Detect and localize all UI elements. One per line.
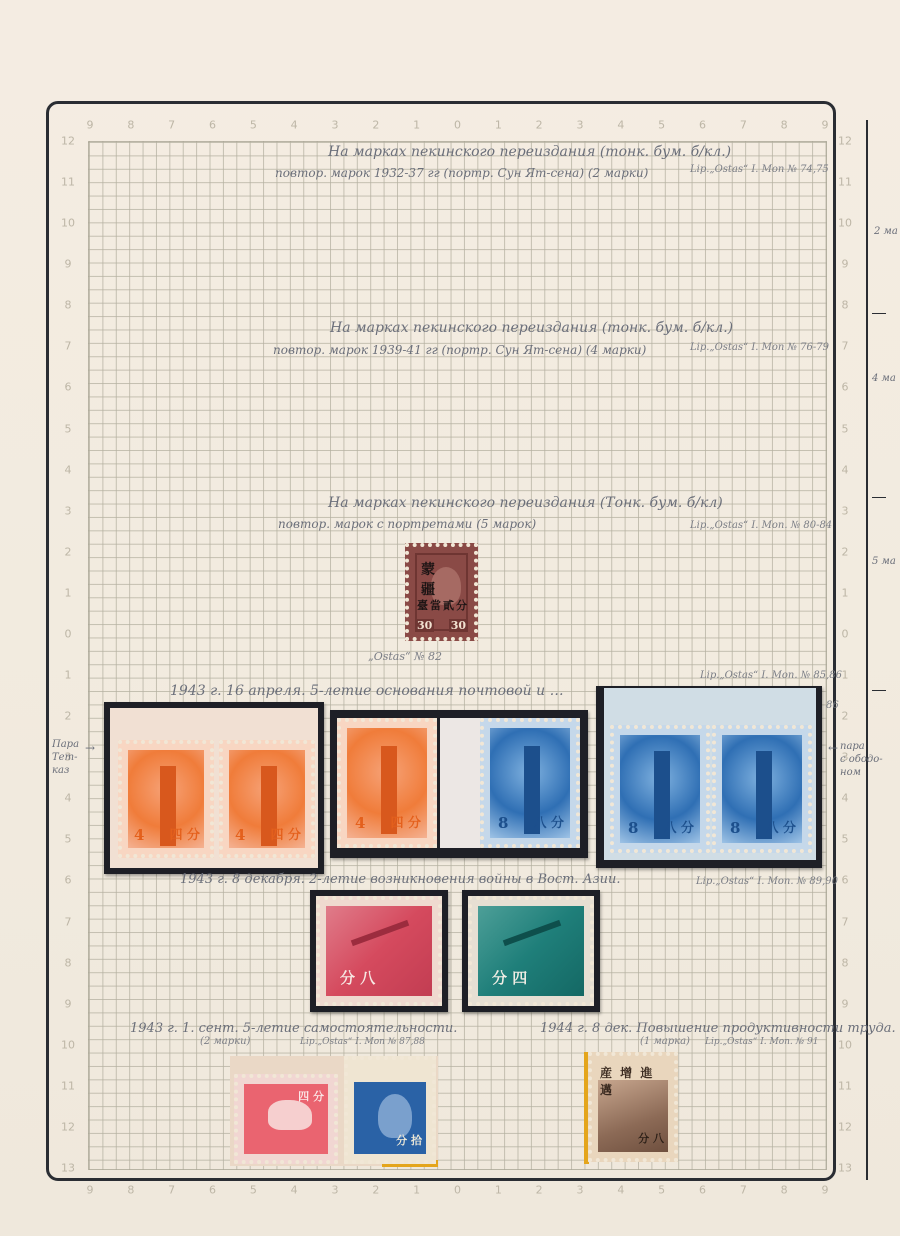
stamp-inscription: 産 增 進 邁 <box>600 1064 674 1098</box>
stamp-red-horseman-4[interactable]: 四 分 <box>234 1074 338 1164</box>
section-3-subtitle: повтор. марок с портретами (5 марок) <box>278 517 536 531</box>
stamp-orange-4-b[interactable]: 4 四 分 <box>219 740 315 858</box>
stamp-value: 8 <box>498 814 508 832</box>
stamp-value: 4 <box>134 826 144 844</box>
axis-label: 12 <box>838 135 852 148</box>
stamp-denomination: 分 四 <box>492 967 527 988</box>
axis-label: 10 <box>838 1038 852 1051</box>
margin-note-2: 4 ма <box>872 372 896 385</box>
stamp-denomination: 四 分 <box>298 1088 324 1104</box>
section-4-catalog-ref: Lip.„Ostas“ I. Mon. № 85,86 <box>700 670 842 681</box>
stamp-value: 4 <box>355 814 365 832</box>
section-3-catalog-ref: Lip.„Ostas“ I. Mon. № 80-84 <box>690 520 832 531</box>
axis-label: 6 <box>209 119 216 132</box>
stamp-denomination: 八 分 <box>765 817 796 836</box>
section-2-subtitle: повтор. марок 1939-41 гг (портр. Сун Ят-… <box>273 343 646 357</box>
axis-label: 8 <box>842 299 849 312</box>
axis-label: 8 <box>781 1184 788 1197</box>
axis-label: 9 <box>87 1184 94 1197</box>
sheet-margin <box>440 718 480 848</box>
margin-note-1: 2 ма <box>874 225 898 238</box>
axis-label: 5 <box>65 833 72 846</box>
stamp-red-soldiers-8[interactable]: 分 八 <box>316 896 442 1006</box>
axis-label: 6 <box>209 1184 216 1197</box>
axis-label: 8 <box>842 956 849 969</box>
axis-label: 7 <box>740 119 747 132</box>
section-2-catalog-ref: Lip.„Ostas“ I. Mon № 76-79 <box>690 342 829 353</box>
overprint-bottom: 臺當貳分 <box>417 597 469 613</box>
axis-label: 2 <box>65 710 72 723</box>
stamp-value: 8 <box>628 819 638 837</box>
axis-label: 4 <box>65 463 72 476</box>
section-6-count: (2 марки) <box>200 1036 250 1047</box>
axis-label: 4 <box>842 463 849 476</box>
stamp-denomination: 分 拾 <box>396 1132 422 1148</box>
stamp-blue-8-a[interactable]: 8 八 分 <box>480 718 580 848</box>
stamp-value-left: 30 <box>415 619 434 632</box>
stamp-denomination: 八 分 <box>663 817 694 836</box>
axis-label: 11 <box>838 176 852 189</box>
axis-label: 8 <box>127 1184 134 1197</box>
graph-grid <box>88 141 827 1170</box>
axis-label: 4 <box>65 792 72 805</box>
axis-label: 2 <box>536 1184 543 1197</box>
axis-label: 1 <box>842 586 849 599</box>
axis-label: 9 <box>842 997 849 1010</box>
stamp-sun-yat-sen-30[interactable]: 蒙疆 臺當貳分 30 30 <box>405 543 478 641</box>
axis-label: 12 <box>838 1120 852 1133</box>
axis-label: 7 <box>65 340 72 353</box>
axis-label: 6 <box>842 381 849 394</box>
note-tete-beche: ПараТет-каз <box>52 738 79 777</box>
margin-tick <box>872 497 886 498</box>
section-3-title: На марках пекинского переиздания (Тонк. … <box>328 495 723 511</box>
axis-label: 1 <box>413 119 420 132</box>
axis-label: 2 <box>372 1184 379 1197</box>
album-page: 9988776655443322110011223344556677889912… <box>0 0 900 1236</box>
axis-label: 9 <box>65 258 72 271</box>
section-5-catalog-ref: Lip.„Ostas“ I. Mon. № 89,90 <box>696 876 838 887</box>
axis-label: 8 <box>65 956 72 969</box>
axis-label: 7 <box>168 1184 175 1197</box>
section-1-title: На марках пекинского переиздания (тонк. … <box>328 144 731 160</box>
axis-label: 1 <box>495 119 502 132</box>
axis-label: 4 <box>842 792 849 805</box>
axis-label: 0 <box>454 1184 461 1197</box>
axis-label: 8 <box>65 299 72 312</box>
axis-label: 2 <box>536 119 543 132</box>
axis-label: 1 <box>495 1184 502 1197</box>
axis-label: 0 <box>454 119 461 132</box>
section-6-catalog-ref: Lip.„Ostas“ I. Mon № 87,88 <box>300 1037 425 1047</box>
margin-tick <box>872 690 886 691</box>
axis-label: 1 <box>65 586 72 599</box>
axis-label: 2 <box>372 119 379 132</box>
axis-label: 9 <box>65 997 72 1010</box>
axis-label: 11 <box>61 176 75 189</box>
axis-label: 7 <box>740 1184 747 1197</box>
section-5-title: 1943 г. 8 декабря. 2-летие возникновения… <box>180 872 621 887</box>
margin-tick <box>872 313 886 314</box>
section-2-title: На марках пекинского переиздания (тонк. … <box>330 320 733 336</box>
axis-label: 12 <box>61 135 75 148</box>
axis-label: 10 <box>61 1038 75 1051</box>
axis-label: 5 <box>250 119 257 132</box>
stamp-denomination: 分 八 <box>638 1130 664 1146</box>
axis-label: 13 <box>61 1162 75 1175</box>
section-7-catalog-ref: Lip.„Ostas“ I. Mon. № 91 <box>705 1037 818 1047</box>
section-4-ref-partial: 86 <box>826 700 839 711</box>
axis-label: 5 <box>842 833 849 846</box>
axis-label: 9 <box>822 1184 829 1197</box>
section-7-count: (1 марка) <box>640 1036 690 1047</box>
axis-label: 9 <box>842 258 849 271</box>
axis-label: 5 <box>842 422 849 435</box>
axis-label: 6 <box>65 874 72 887</box>
axis-label: 3 <box>332 119 339 132</box>
axis-label: 11 <box>838 1079 852 1092</box>
stamp-orange-4-a[interactable]: 4 四 分 <box>118 740 214 858</box>
axis-label: 6 <box>842 874 849 887</box>
axis-label: 3 <box>577 1184 584 1197</box>
stamp-value: 8 <box>730 819 740 837</box>
axis-label: 7 <box>842 340 849 353</box>
stamp-caption: „Ostas“ № 82 <box>368 650 442 663</box>
axis-label: 1 <box>65 669 72 682</box>
stamp-green-soldiers-4[interactable]: 分 四 <box>468 896 594 1006</box>
stamp-denomination: 八 分 <box>533 812 564 831</box>
axis-label: 3 <box>65 504 72 517</box>
axis-label: 12 <box>61 1120 75 1133</box>
axis-label: 5 <box>65 422 72 435</box>
margin-note-3: 5 ма <box>872 555 896 568</box>
stamp-denomination: 四 分 <box>390 812 421 831</box>
stamp-denomination: 四 分 <box>169 824 200 843</box>
axis-label: 8 <box>127 119 134 132</box>
axis-label: 4 <box>291 1184 298 1197</box>
axis-label: 5 <box>658 1184 665 1197</box>
axis-label: 1 <box>413 1184 420 1197</box>
stamp-brown-production-8[interactable]: 産 增 進 邁 分 八 <box>588 1052 678 1162</box>
stamp-value: 4 <box>235 826 245 844</box>
axis-label: 0 <box>65 627 72 640</box>
stamp-blue-8-b[interactable]: 8 八 分 <box>610 725 710 853</box>
section-4-title: 1943 г. 16 апреля. 5-летие основания поч… <box>170 683 564 699</box>
stamp-value-right: 30 <box>449 619 468 632</box>
axis-label: 2 <box>842 710 849 723</box>
axis-label: 9 <box>822 119 829 132</box>
axis-label: 10 <box>838 217 852 230</box>
axis-label: 6 <box>65 381 72 394</box>
axis-label: 9 <box>87 119 94 132</box>
section-1-subtitle: повтор. марок 1932-37 гг (портр. Сун Ят-… <box>275 166 648 180</box>
axis-label: 10 <box>61 217 75 230</box>
stamp-denomination: 分 八 <box>340 967 375 988</box>
axis-label: 3 <box>577 119 584 132</box>
stamp-denomination: 四 分 <box>270 824 301 843</box>
axis-label: 6 <box>699 119 706 132</box>
axis-label: 2 <box>842 545 849 558</box>
section-1-catalog-ref: Lip.„Ostas“ I. Mon № 74,75 <box>690 164 829 175</box>
axis-label: 3 <box>332 1184 339 1197</box>
section-7-title: 1944 г. 8 дек. Повышение продуктивности … <box>540 1021 896 1036</box>
stamp-blue-portrait[interactable]: 分 拾 <box>344 1056 436 1164</box>
axis-label: 6 <box>699 1184 706 1197</box>
axis-label: 13 <box>838 1162 852 1175</box>
stamp-orange-4-c[interactable]: 4 四 分 <box>337 718 437 848</box>
axis-label: 3 <box>842 504 849 517</box>
axis-label: 7 <box>65 915 72 928</box>
axis-label: 4 <box>617 119 624 132</box>
arrow-left-icon: ← <box>828 741 838 755</box>
axis-label: 0 <box>842 627 849 640</box>
stamp-blue-8-c[interactable]: 8 八 分 <box>712 725 812 853</box>
section-6-title: 1943 г. 1. сент. 5-летие самостоятельнос… <box>130 1021 457 1036</box>
axis-label: 8 <box>781 119 788 132</box>
axis-label: 5 <box>658 119 665 132</box>
axis-label: 7 <box>168 119 175 132</box>
horseman <box>268 1100 312 1130</box>
axis-label: 5 <box>250 1184 257 1197</box>
axis-label: 2 <box>65 545 72 558</box>
arrow-right-icon: → <box>85 741 95 755</box>
axis-label: 7 <box>842 915 849 928</box>
note-with-margin: парас ободо-ном <box>840 740 883 779</box>
axis-label: 4 <box>617 1184 624 1197</box>
axis-label: 1 <box>842 669 849 682</box>
axis-label: 11 <box>61 1079 75 1092</box>
overprint-top: 蒙疆 <box>421 559 474 599</box>
axis-label: 4 <box>291 119 298 132</box>
